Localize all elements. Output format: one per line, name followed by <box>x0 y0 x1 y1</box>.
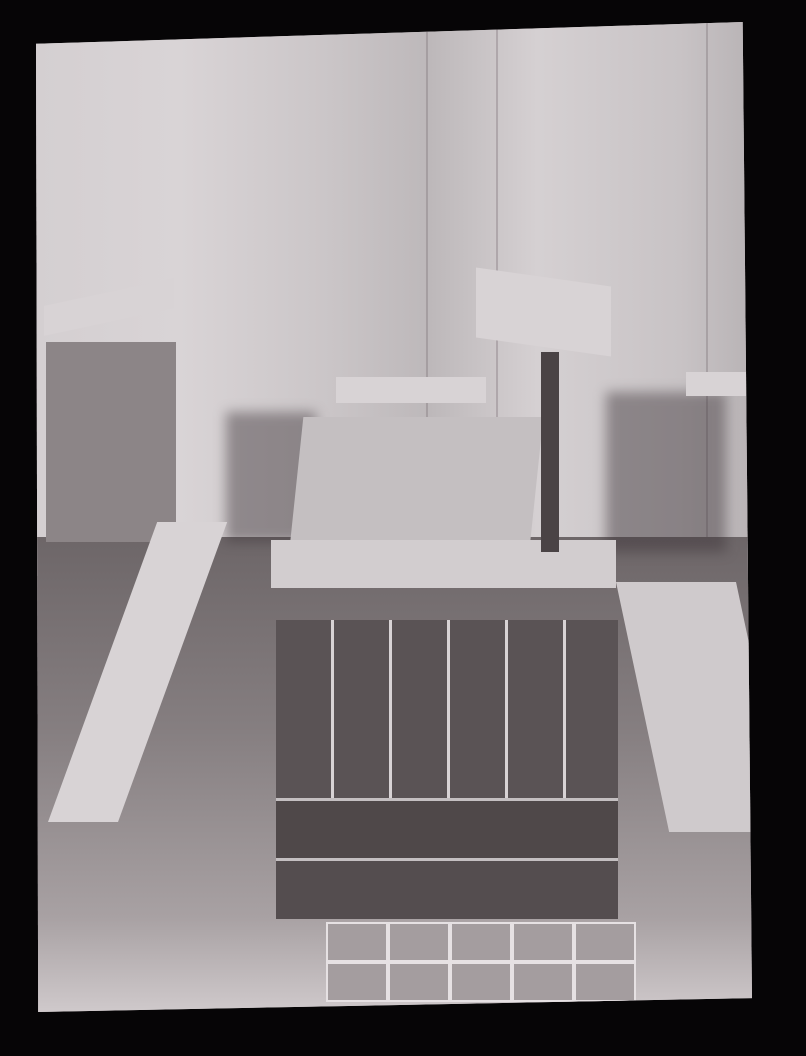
table-top <box>289 417 544 557</box>
floor-tile <box>326 962 388 1002</box>
left-bench-frame <box>46 342 176 542</box>
floor-tile <box>388 922 450 962</box>
floor-tile <box>450 922 512 962</box>
table-base <box>276 798 618 859</box>
table-front-rail <box>271 540 616 588</box>
table-base <box>276 858 618 919</box>
table-slat <box>566 620 618 798</box>
wall-shadow <box>606 392 726 552</box>
floor-tile <box>450 962 512 1002</box>
table-slat <box>276 620 334 798</box>
table-slat <box>392 620 450 798</box>
table-slat <box>508 620 566 798</box>
right-bench-leg <box>541 352 559 552</box>
table-back-rail <box>336 377 486 403</box>
floor-tile <box>512 962 574 1002</box>
floor-tile <box>388 962 450 1002</box>
slide-frame <box>0 0 806 1056</box>
far-right-bench <box>686 372 746 396</box>
floor-tile <box>574 922 636 962</box>
table-slat <box>334 620 392 798</box>
table-slat <box>450 620 508 798</box>
floor-tile <box>574 962 636 1002</box>
floor-tile <box>512 922 574 962</box>
floor-tile <box>326 922 388 962</box>
photograph <box>36 22 752 1012</box>
